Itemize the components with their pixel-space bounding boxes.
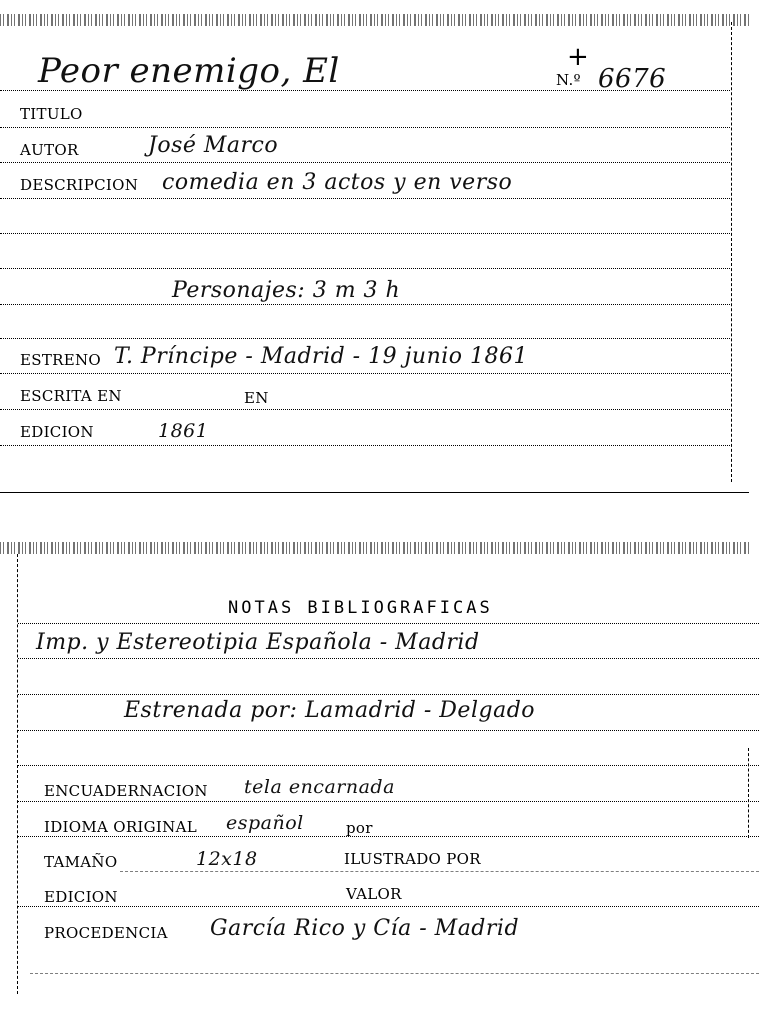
rule <box>0 162 730 163</box>
cross-mark: + <box>567 44 589 70</box>
rule <box>0 373 730 374</box>
label-por: por <box>346 821 373 836</box>
rule <box>18 801 759 802</box>
value-estreno: T. Príncipe - Madrid - 19 junio 1861 <box>114 346 528 368</box>
label-procedencia: PROCEDENCIA <box>44 926 168 941</box>
rule <box>0 445 730 446</box>
value-personajes: Personajes: 3 m 3 h <box>172 280 400 302</box>
scan-edge <box>0 542 749 554</box>
section-title: NOTAS BIBLIOGRAFICAS <box>228 598 493 618</box>
label-descripcion: DESCRIPCION <box>20 178 138 193</box>
label-edicion: EDICION <box>20 425 94 440</box>
note-line-2: Estrenada por: Lamadrid - Delgado <box>124 700 535 722</box>
rule <box>18 658 759 659</box>
label-estreno: ESTRENO <box>20 353 101 368</box>
label-encuadernacion: ENCUADERNACION <box>44 784 208 799</box>
rule <box>30 973 759 974</box>
catalog-card-bottom: NOTAS BIBLIOGRAFICAS Imp. y Estereotipia… <box>0 540 759 1028</box>
card-right-border <box>748 748 749 838</box>
handwritten-title: Peor enemigo, El <box>38 54 340 88</box>
rule <box>0 268 730 269</box>
value-tamano: 12x18 <box>196 850 258 869</box>
catalog-card-top: Peor enemigo, El + N.º 6676 TITULO AUTOR… <box>0 0 759 495</box>
rule <box>18 694 759 695</box>
value-encuadernacion: tela encarnada <box>244 778 395 797</box>
label-edicion-bottom: EDICION <box>44 890 118 905</box>
card-right-border <box>731 22 732 482</box>
value-edicion: 1861 <box>158 422 208 441</box>
label-titulo: TITULO <box>20 107 83 122</box>
rule <box>18 765 759 766</box>
rule <box>0 409 730 410</box>
value-procedencia: García Rico y Cía - Madrid <box>210 918 519 940</box>
value-idioma-original: español <box>226 814 304 833</box>
label-valor: VALOR <box>346 887 402 902</box>
rule <box>18 730 759 731</box>
label-autor: AUTOR <box>20 143 79 158</box>
label-ilustrado-por: ILUSTRADO POR <box>344 852 481 867</box>
card-left-border <box>17 554 18 994</box>
rule <box>18 836 759 837</box>
scan-edge <box>0 14 749 26</box>
rule <box>0 127 730 128</box>
card-cut-line <box>0 492 749 493</box>
note-line-1: Imp. y Estereotipia Española - Madrid <box>36 632 480 654</box>
rule <box>0 338 730 339</box>
label-en: EN <box>244 391 269 406</box>
number-label: N.º <box>556 73 581 88</box>
rule <box>0 304 730 305</box>
catalog-number: 6676 <box>598 66 666 92</box>
label-idioma-original: IDIOMA ORIGINAL <box>44 820 197 835</box>
value-autor: José Marco <box>148 135 278 157</box>
rule <box>18 906 759 907</box>
rule <box>0 233 730 234</box>
rule <box>120 871 759 872</box>
rule <box>18 623 759 624</box>
label-tamano: TAMAÑO <box>44 855 117 870</box>
value-descripcion: comedia en 3 actos y en verso <box>162 172 512 194</box>
label-escrita-en: ESCRITA EN <box>20 389 122 404</box>
rule <box>0 198 730 199</box>
